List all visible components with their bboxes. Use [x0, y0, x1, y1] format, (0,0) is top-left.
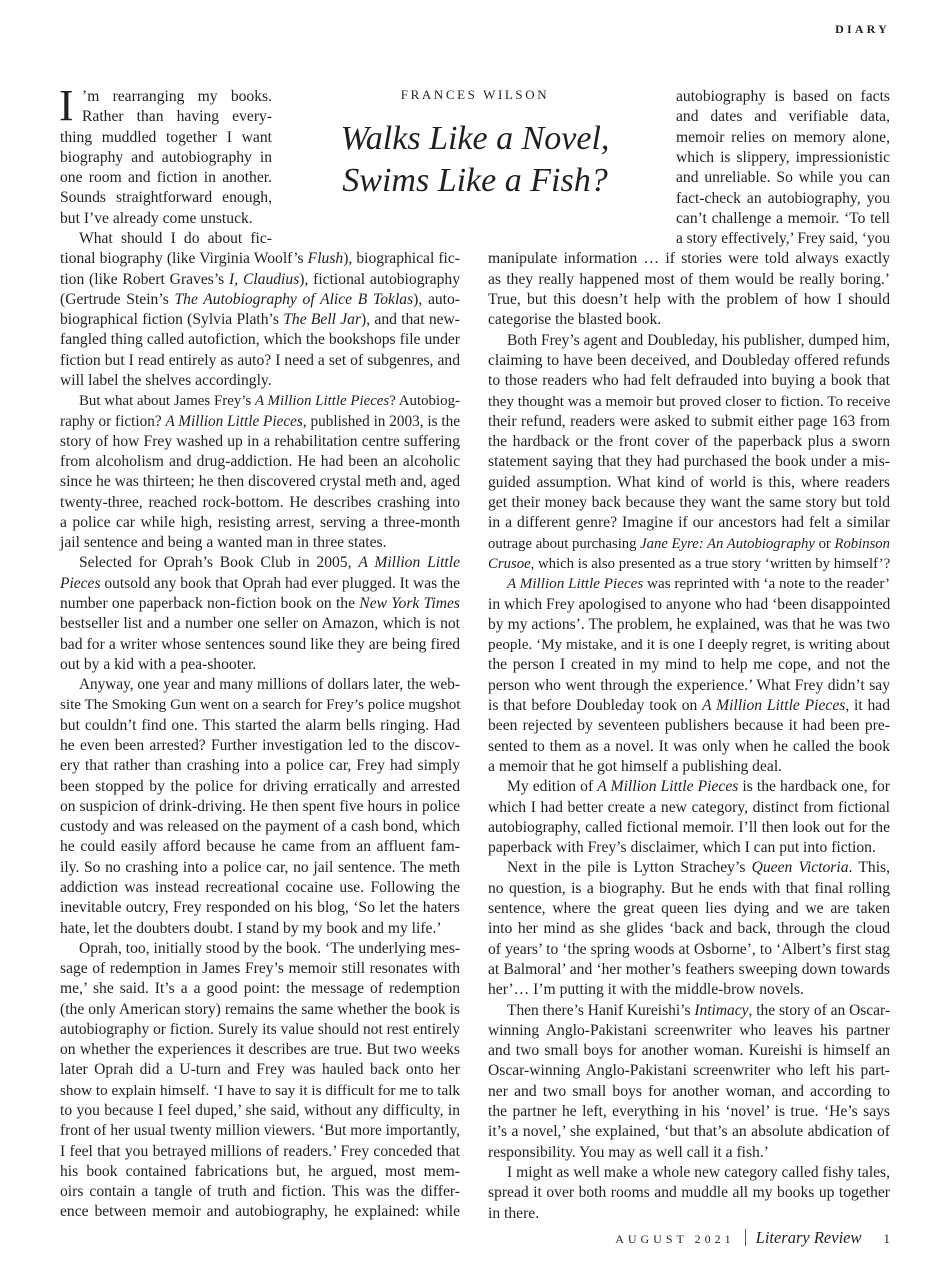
- text-run: and two small boys for another woman. Ku…: [488, 1042, 890, 1059]
- text-line: get their money back because they want t…: [488, 493, 890, 513]
- text-line: Both Frey’s agent and Doubleday, his pub…: [507, 331, 890, 351]
- text-line: ily. So no crashing into a police car, n…: [60, 858, 460, 878]
- text-run: sented to them as a novel. It was only w…: [488, 738, 890, 755]
- text-run: which is slippery, impressionistic: [676, 149, 890, 166]
- text-line: her’… I’m putting it with the middle-bro…: [488, 980, 890, 1000]
- italic-title: Pieces: [60, 575, 101, 592]
- text-run: ence between memoir and autobiography, h…: [60, 1203, 460, 1220]
- text-run: me,’ she said. It’s a a good point: the …: [60, 980, 460, 997]
- text-run: but couldn’t find one. This started the …: [60, 717, 460, 734]
- text-run: ), and that new-: [361, 311, 460, 328]
- text-run: biography and autobiography in: [60, 149, 272, 166]
- text-run: fangled thing called autofiction, which …: [60, 331, 460, 348]
- text-run: can’t challenge a memoir. ‘To tell: [676, 210, 890, 227]
- text-line: on suspicion of drink-driving. He then s…: [60, 797, 460, 817]
- text-line: at Balmoral’ and ‘her mother’s feathers …: [488, 960, 890, 980]
- text-run: people. ‘My mistake, and it is one I dee…: [488, 636, 890, 653]
- text-run: or: [815, 536, 835, 552]
- text-line: memoir relies on memory alone,: [676, 128, 890, 148]
- italic-title: A Million Little Pieces: [507, 576, 643, 592]
- text-line: will label the shelves accordingly.: [60, 371, 460, 391]
- text-run: fiction but I read entirely as auto? I n…: [60, 352, 460, 369]
- text-run: was reprinted with ‘a note to the reader…: [643, 576, 890, 592]
- text-run: biographical fiction (Sylvia Plath’s: [60, 311, 283, 328]
- text-line: Selected for Oprah’s Book Club in 2005, …: [79, 553, 460, 573]
- text-run: in a different genre? Imagine if our anc…: [488, 514, 890, 531]
- italic-title: Crusoe: [488, 556, 531, 572]
- text-line: out by a kid with a pea-shooter.: [60, 655, 460, 675]
- text-run: ner and two small boys for another woman…: [488, 1083, 890, 1100]
- text-run: outsold any book that Oprah had ever plu…: [101, 575, 461, 592]
- text-run: is the hardback one, for: [738, 778, 890, 795]
- text-line: people. ‘My mistake, and it is one I dee…: [488, 635, 890, 655]
- text-run: they thought was a memoir but proved clo…: [488, 394, 890, 410]
- text-line: autobiography is based on facts: [676, 87, 890, 107]
- text-run: fact-check an autobiography, you: [676, 190, 890, 207]
- author-byline: FRANCES WILSON: [300, 87, 650, 103]
- text-run: by my actions’. The problem, he explaine…: [488, 616, 890, 633]
- magazine-page: DIARY FRANCES WILSON Walks Like a Novel,…: [0, 0, 949, 1280]
- text-run: a story effectively,’ Frey said, ‘you: [676, 230, 890, 247]
- text-line: raphy or fiction? A Million Little Piece…: [60, 412, 460, 432]
- text-line: they thought was a memoir but proved clo…: [488, 392, 890, 412]
- text-run: into her mind as she glides ‘back and ba…: [488, 920, 890, 937]
- text-line: it’s a novel,’ she explained, ‘but that’…: [488, 1122, 890, 1142]
- text-run: the person I created in my mind to help …: [488, 656, 890, 673]
- text-line: True, but this doesn’t help with the pro…: [488, 290, 890, 310]
- text-line: A Million Little Pieces was reprinted wi…: [507, 574, 890, 594]
- text-run: I feel that you betrayed millions of rea…: [60, 1143, 460, 1160]
- text-line: claiming to have been deceived, and Doub…: [488, 351, 890, 371]
- text-run: autobiography, called fictional memoir. …: [488, 819, 890, 836]
- text-line: paperback with Frey’s disclaimer, which …: [488, 838, 890, 858]
- text-run: Next in the pile is Lytton Strachey’s: [507, 859, 752, 876]
- text-line: ’m rearranging my books.: [82, 87, 272, 107]
- text-run: ery that rather than crashing into a pol…: [60, 757, 460, 774]
- text-run: bestseller list and a number one seller …: [60, 615, 460, 632]
- text-run: claiming to have been deceived, and Doub…: [488, 352, 890, 369]
- text-line: Then there’s Hanif Kureishi’s Intimacy, …: [507, 1001, 890, 1021]
- text-run: which I had better create a new category…: [488, 799, 890, 816]
- text-run: the partner he left, everything in his ‘…: [488, 1103, 890, 1120]
- text-run: (Gertrude Stein’s: [60, 291, 174, 308]
- text-run: jail sentence and being a wanted man in …: [60, 534, 386, 551]
- text-line: by my actions’. The problem, he explaine…: [488, 615, 890, 635]
- text-line: fangled thing called autofiction, which …: [60, 330, 460, 350]
- text-run: True, but this doesn’t help with the pro…: [488, 291, 890, 308]
- text-line: responsibility. You may as well call it …: [488, 1143, 890, 1163]
- text-line: fact-check an autobiography, you: [676, 189, 890, 209]
- text-line: manipulate information … if stories were…: [488, 249, 890, 269]
- section-label: DIARY: [835, 22, 890, 37]
- text-line: My edition of A Million Little Pieces is…: [507, 777, 890, 797]
- text-run: person who went through the experience.’…: [488, 677, 890, 694]
- text-run: her’… I’m putting it with the middle-bro…: [488, 981, 804, 998]
- text-run: been stopped by the police for driving e…: [60, 778, 460, 795]
- text-line: spread it over both rooms and muddle all…: [488, 1183, 890, 1203]
- text-run: sentence, where the great queen lies dyi…: [488, 900, 890, 917]
- text-run: on suspicion of drink-driving. He then s…: [60, 798, 460, 815]
- italic-title: Robinson: [834, 536, 890, 552]
- text-line: ence between memoir and autobiography, h…: [60, 1202, 460, 1222]
- text-run: sage of redemption in James Frey’s memoi…: [60, 960, 460, 977]
- text-run: Anyway, one year and many millions of do…: [79, 676, 460, 693]
- text-run: , the story of an Oscar-: [748, 1002, 890, 1019]
- text-run: autobiography or fiction. Surely its val…: [60, 1021, 460, 1038]
- text-run: autobiography is based on facts: [676, 88, 890, 105]
- text-run: spread it over both rooms and muddle all…: [488, 1184, 890, 1201]
- text-line: statement saying that they had purchased…: [488, 452, 890, 472]
- text-line: Next in the pile is Lytton Strachey’s Qu…: [507, 858, 890, 878]
- italic-title: A Million Little Pieces: [165, 413, 302, 430]
- footer-divider: [745, 1229, 746, 1246]
- text-line: tion (like Robert Graves’s I, Claudius),…: [60, 270, 460, 290]
- text-line: and two small boys for another woman. Ku…: [488, 1041, 890, 1061]
- text-run: inevitable outcry, Frey responded on his…: [60, 899, 460, 916]
- text-run: in there.: [488, 1205, 539, 1222]
- text-line: is that before Doubleday took on A Milli…: [488, 696, 890, 716]
- text-line: custody and was released on the payment …: [60, 817, 460, 837]
- text-run: in which Frey apologised to anyone who h…: [488, 596, 890, 613]
- text-line: a police car while high, resisting arres…: [60, 513, 460, 533]
- text-run: , which is also presented as a true stor…: [531, 556, 891, 572]
- text-line: What should I do about fic-: [79, 229, 272, 249]
- text-line: his book contained fabrications but, he …: [60, 1162, 460, 1182]
- title-line-2: Swims Like a Fish?: [290, 160, 660, 202]
- text-line: no question, is a biography. But he ends…: [488, 879, 890, 899]
- text-run: responsibility. You may as well call it …: [488, 1144, 769, 1161]
- text-line: autobiography, called fictional memoir. …: [488, 818, 890, 838]
- text-line: one room and fiction in another.: [60, 168, 272, 188]
- text-run: tional biography (like Virginia Woolf’s: [60, 250, 308, 267]
- text-run: show to explain himself. ‘I have to say …: [60, 1082, 460, 1099]
- text-line: on whether the experiences it describes …: [60, 1040, 460, 1060]
- text-run: . This,: [849, 859, 890, 876]
- text-run: of years’ to ‘the spring woods at Osborn…: [488, 941, 890, 958]
- text-line: and unreliable. So while you can: [676, 168, 890, 188]
- text-line: to those readers who had felt defrauded …: [488, 371, 890, 391]
- text-run: Rather than having every-: [82, 108, 272, 125]
- page-footer: AUGUST 2021 Literary Review 1: [615, 1226, 890, 1248]
- text-run: addiction was instead recreational cocai…: [60, 879, 460, 896]
- text-run: at Balmoral’ and ‘her mother’s feathers …: [488, 961, 890, 978]
- text-run: is that before Doubleday took on: [488, 697, 702, 714]
- text-run: one room and fiction in another.: [60, 169, 272, 186]
- text-run: it’s a novel,’ she explained, ‘but that’…: [488, 1123, 890, 1140]
- text-line: as they really happened most of them wou…: [488, 270, 890, 290]
- text-run: will label the shelves accordingly.: [60, 372, 272, 389]
- text-run: tion (like Robert Graves’s: [60, 271, 229, 288]
- text-line: show to explain himself. ‘I have to say …: [60, 1081, 460, 1101]
- italic-title: Flush: [308, 250, 344, 267]
- text-line: bad for a writer whose sentences sound l…: [60, 635, 460, 655]
- text-run: no question, is a biography. But he ends…: [488, 880, 890, 897]
- text-line: in a different genre? Imagine if our anc…: [488, 513, 890, 533]
- text-run: since he was thirteen; he then discovere…: [60, 473, 460, 490]
- text-line: their refund, readers were asked to subm…: [488, 412, 890, 432]
- text-line: into her mind as she glides ‘back and ba…: [488, 919, 890, 939]
- text-run: categorise the blasted book.: [488, 311, 661, 328]
- text-run: Oprah, too, initially stood by the book.…: [79, 940, 460, 957]
- text-run: But what about James Frey’s: [79, 393, 255, 409]
- text-run: on whether the experiences it describes …: [60, 1041, 460, 1058]
- text-run: to you because I feel duped,’ she said, …: [60, 1102, 460, 1119]
- italic-title: A Million Little: [358, 554, 460, 571]
- text-run: ’m rearranging my books.: [82, 88, 272, 105]
- text-line: addiction was instead recreational cocai…: [60, 878, 460, 898]
- text-line: But what about James Frey’s A Million Li…: [79, 391, 460, 411]
- text-line: which I had better create a new category…: [488, 798, 890, 818]
- text-line: Anyway, one year and many millions of do…: [79, 675, 460, 695]
- text-run: ), fictional autobiography: [299, 271, 460, 288]
- text-run: front of her usual twenty million viewer…: [60, 1122, 460, 1139]
- text-run: Sounds straightforward enough,: [60, 189, 272, 206]
- text-line: number one paperback non-fiction book on…: [60, 594, 460, 614]
- text-line: but I’ve already come unstuck.: [60, 209, 272, 229]
- text-line: (the only American story) remains the sa…: [60, 1000, 460, 1020]
- text-run: out by a kid with a pea-shooter.: [60, 656, 256, 673]
- text-run: What should I do about fic-: [79, 230, 272, 247]
- text-run: raphy or fiction?: [60, 413, 165, 430]
- text-line: sentence, where the great queen lies dyi…: [488, 899, 890, 919]
- magazine-name: Literary Review: [756, 1228, 862, 1248]
- text-line: the partner he left, everything in his ‘…: [488, 1102, 890, 1122]
- text-line: inevitable outcry, Frey responded on his…: [60, 898, 460, 918]
- text-run: statement saying that they had purchased…: [488, 453, 890, 470]
- text-run: he even been arrested? Further investiga…: [60, 737, 460, 754]
- text-run: their refund, readers were asked to subm…: [488, 413, 890, 430]
- text-line: can’t challenge a memoir. ‘To tell: [676, 209, 890, 229]
- text-line: a story effectively,’ Frey said, ‘you: [676, 229, 890, 249]
- italic-title: A Million Little Pieces: [597, 778, 738, 795]
- text-line: Rather than having every-: [82, 107, 272, 127]
- italic-title: A Million Little Pieces: [702, 697, 845, 714]
- text-line: Sounds straightforward enough,: [60, 188, 272, 208]
- text-line: site The Smoking Gun went on a search fo…: [60, 695, 460, 715]
- text-run: and unreliable. So while you can: [676, 169, 890, 186]
- text-line: I might as well make a whole new categor…: [507, 1163, 890, 1183]
- italic-title: The Bell Jar: [283, 311, 361, 328]
- text-line: he could easily afford because he came f…: [60, 837, 460, 857]
- text-line: since he was thirteen; he then discovere…: [60, 472, 460, 492]
- text-run: ), biographical fic-: [343, 250, 460, 267]
- italic-title: Queen Victoria: [752, 859, 849, 876]
- text-line: been rejected by seventeen publishers be…: [488, 716, 890, 736]
- italic-title: The Autobiography of Alice B Toklas: [174, 291, 413, 308]
- article-title: Walks Like a Novel, Swims Like a Fish?: [290, 118, 660, 202]
- text-run: site The Smoking Gun went on a search fo…: [60, 697, 460, 713]
- text-run: oirs contain a tangle of truth and ficti…: [60, 1183, 460, 1200]
- text-line: later Oprah did a U-turn and Frey was ha…: [60, 1060, 460, 1080]
- text-line: ery that rather than crashing into a pol…: [60, 756, 460, 776]
- text-run: ), auto-: [413, 291, 460, 308]
- text-line: person who went through the experience.’…: [488, 676, 890, 696]
- text-run: the hardback or the front cover of the p…: [488, 433, 890, 450]
- text-line: jail sentence and being a wanted man in …: [60, 533, 460, 553]
- text-line: which is slippery, impressionistic: [676, 148, 890, 168]
- italic-title: Jane Eyre: An Autobiography: [640, 536, 815, 552]
- text-line: autobiography or fiction. Surely its val…: [60, 1020, 460, 1040]
- text-run: memoir relies on memory alone,: [676, 129, 890, 146]
- text-run: outrage about purchasing: [488, 536, 640, 552]
- text-run: ? Autobiog-: [389, 393, 460, 409]
- text-line: me,’ she said. It’s a a good point: the …: [60, 979, 460, 999]
- text-line: story of how Frey washed up in a rehabil…: [60, 432, 460, 452]
- italic-title: Intimacy: [694, 1002, 748, 1019]
- text-run: he could easily afford because he came f…: [60, 838, 460, 855]
- text-line: of years’ to ‘the spring woods at Osborn…: [488, 940, 890, 960]
- text-run: twenty-three, reached rock-bottom. He de…: [60, 494, 460, 511]
- issue-date: AUGUST 2021: [615, 1232, 734, 1247]
- text-line: fiction but I read entirely as auto? I n…: [60, 351, 460, 371]
- text-line: but couldn’t find one. This started the …: [60, 716, 460, 736]
- text-line: in which Frey apologised to anyone who h…: [488, 595, 890, 615]
- italic-title: I, Claudius: [229, 271, 299, 288]
- text-run: Oscar-winning Anglo-Pakistani screenwrit…: [488, 1062, 890, 1079]
- text-line: sage of redemption in James Frey’s memoi…: [60, 959, 460, 979]
- text-run: I might as well make a whole new categor…: [507, 1164, 890, 1181]
- text-run: guided assumption. What kind of world is…: [488, 474, 890, 491]
- text-run: his book contained fabrications but, he …: [60, 1163, 460, 1180]
- text-line: been stopped by the police for driving e…: [60, 777, 460, 797]
- text-run: , it had: [845, 697, 890, 714]
- text-line: Oprah, too, initially stood by the book.…: [79, 939, 460, 959]
- text-run: (the only American story) remains the sa…: [60, 1001, 460, 1018]
- text-run: get their money back because they want t…: [488, 494, 890, 511]
- text-run: from alcoholism and drug-addiction. He h…: [60, 453, 460, 470]
- text-line: hate, let the doubters doubt. I stand by…: [60, 919, 460, 939]
- text-run: winning Anglo-Pakistani screenwriter who…: [488, 1022, 890, 1039]
- italic-title: New York Times: [359, 595, 460, 612]
- text-run: a memoir that he got himself a publishin…: [488, 758, 782, 775]
- text-line: front of her usual twenty million viewer…: [60, 1121, 460, 1141]
- text-line: biographical fiction (Sylvia Plath’s The…: [60, 310, 460, 330]
- text-line: (Gertrude Stein’s The Autobiography of A…: [60, 290, 460, 310]
- text-run: paperback with Frey’s disclaimer, which …: [488, 839, 876, 856]
- text-run: to those readers who had felt defrauded …: [488, 372, 890, 389]
- text-line: guided assumption. What kind of world is…: [488, 473, 890, 493]
- text-run: , published in 2003, is the: [303, 413, 460, 430]
- text-line: outrage about purchasing Jane Eyre: An A…: [488, 534, 890, 554]
- text-line: bestseller list and a number one seller …: [60, 614, 460, 634]
- text-line: thing muddled together I want: [60, 128, 272, 148]
- text-run: been rejected by seventeen publishers be…: [488, 717, 890, 734]
- text-run: Selected for Oprah’s Book Club in 2005,: [79, 554, 358, 571]
- page-number: 1: [884, 1231, 891, 1247]
- text-line: the hardback or the front cover of the p…: [488, 432, 890, 452]
- text-run: a police car while high, resisting arres…: [60, 514, 460, 531]
- text-line: and dates and verifiable data,: [676, 107, 890, 127]
- text-line: Oscar-winning Anglo-Pakistani screenwrit…: [488, 1061, 890, 1081]
- text-line: oirs contain a tangle of truth and ficti…: [60, 1182, 460, 1202]
- text-run: manipulate information … if stories were…: [488, 250, 890, 267]
- text-line: the person I created in my mind to help …: [488, 655, 890, 675]
- text-line: biography and autobiography in: [60, 148, 272, 168]
- text-line: winning Anglo-Pakistani screenwriter who…: [488, 1021, 890, 1041]
- text-line: sented to them as a novel. It was only w…: [488, 737, 890, 757]
- text-run: My edition of: [507, 778, 597, 795]
- text-line: in there.: [488, 1204, 890, 1224]
- text-run: but I’ve already come unstuck.: [60, 210, 253, 227]
- text-run: and dates and verifiable data,: [676, 108, 890, 125]
- text-run: story of how Frey washed up in a rehabil…: [60, 433, 460, 450]
- text-line: to you because I feel duped,’ she said, …: [60, 1101, 460, 1121]
- text-line: Pieces outsold any book that Oprah had e…: [60, 574, 460, 594]
- text-line: categorise the blasted book.: [488, 310, 890, 330]
- text-line: from alcoholism and drug-addiction. He h…: [60, 452, 460, 472]
- text-line: I feel that you betrayed millions of rea…: [60, 1142, 460, 1162]
- text-run: as they really happened most of them wou…: [488, 271, 890, 288]
- text-run: thing muddled together I want: [60, 129, 272, 146]
- drop-cap: I: [59, 86, 74, 126]
- text-line: twenty-three, reached rock-bottom. He de…: [60, 493, 460, 513]
- text-run: Both Frey’s agent and Doubleday, his pub…: [507, 332, 890, 349]
- text-line: tional biography (like Virginia Woolf’s …: [60, 249, 460, 269]
- text-run: ily. So no crashing into a police car, n…: [60, 859, 460, 876]
- text-line: ner and two small boys for another woman…: [488, 1082, 890, 1102]
- italic-title: A Million Little Pieces: [255, 393, 389, 409]
- text-run: Then there’s Hanif Kureishi’s: [507, 1002, 694, 1019]
- text-run: number one paperback non-fiction book on…: [60, 595, 359, 612]
- text-line: he even been arrested? Further investiga…: [60, 736, 460, 756]
- text-run: hate, let the doubters doubt. I stand by…: [60, 920, 442, 937]
- text-line: Crusoe, which is also presented as a tru…: [488, 554, 890, 574]
- text-run: later Oprah did a U-turn and Frey was ha…: [60, 1061, 460, 1078]
- text-run: custody and was released on the payment …: [60, 818, 460, 835]
- text-line: a memoir that he got himself a publishin…: [488, 757, 890, 777]
- title-line-1: Walks Like a Novel,: [290, 118, 660, 160]
- text-run: bad for a writer whose sentences sound l…: [60, 636, 460, 653]
